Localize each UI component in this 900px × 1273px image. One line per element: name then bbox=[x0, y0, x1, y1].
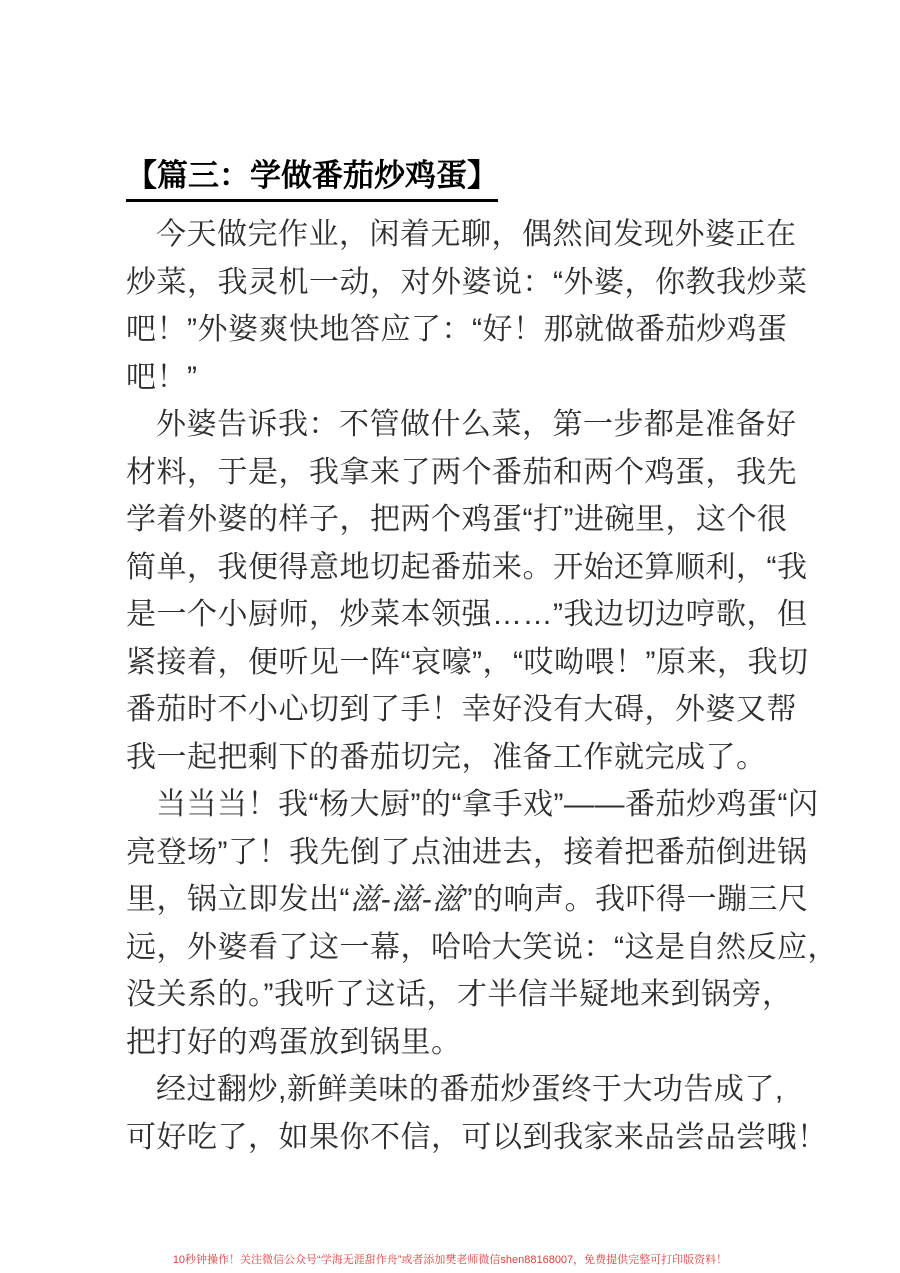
line-segment: ”的响声。我吓得一蹦三尺 bbox=[462, 883, 808, 916]
essay-line: 我一起把剩下的番茄切完，准备工作就完成了。 bbox=[126, 734, 782, 782]
essay-line: 今天做完作业，闲着无聊，偶然间发现外婆正在 bbox=[126, 211, 782, 259]
essay-line: 学着外婆的样子，把两个鸡蛋“打”进碗里，这个很 bbox=[126, 496, 782, 544]
essay-line: 外婆告诉我：不管做什么菜，第一步都是准备好 bbox=[126, 401, 782, 449]
essay-line: 是一个小厨师，炒菜本领强……”我边切边哼歌，但 bbox=[126, 591, 782, 639]
footer-note: 10秒钟操作！关注微信公众号“学海无涯甜作舟”或者添加樊老师微信shen8816… bbox=[0, 1253, 900, 1267]
essay-line: 紧接着，便听见一阵“哀嚎”，“哎呦喂！”原来，我切 bbox=[126, 639, 782, 687]
essay-line: 番茄时不小心切到了手！幸好没有大碍，外婆又帮 bbox=[126, 686, 782, 734]
essay-line: 可好吃了，如果你不信，可以到我家来品尝品尝哦！ bbox=[126, 1114, 782, 1162]
essay-line: 经过翻炒,新鲜美味的番茄炒蛋终于大功告成了, bbox=[126, 1066, 782, 1114]
paragraph-2: 外婆告诉我：不管做什么菜，第一步都是准备好 材料，于是，我拿来了两个番茄和两个鸡… bbox=[126, 401, 782, 781]
essay-line: 炒菜，我灵机一动，对外婆说：“外婆，你教我炒菜 bbox=[126, 259, 782, 307]
essay-title: 【篇三：学做番茄炒鸡蛋】 bbox=[126, 158, 498, 202]
essay-line: 材料，于是，我拿来了两个番茄和两个鸡蛋，我先 bbox=[126, 449, 782, 497]
essay-line: 当当当！我“杨大厨”的“拿手戏”——番茄炒鸡蛋“闪 bbox=[126, 781, 782, 829]
essay-page: 【篇三：学做番茄炒鸡蛋】 今天做完作业，闲着无聊，偶然间发现外婆正在 炒菜，我灵… bbox=[0, 0, 900, 1273]
essay-line-with-onomatopoeia: 里，锅立即发出“滋-滋-滋”的响声。我吓得一蹦三尺 bbox=[126, 876, 782, 924]
essay-line: 没关系的。”我听了这话，才半信半疑地来到锅旁， bbox=[126, 971, 782, 1019]
essay-line: 吧！” bbox=[126, 354, 782, 402]
essay-line: 吧！”外婆爽快地答应了：“好！那就做番茄炒鸡蛋 bbox=[126, 306, 782, 354]
essay-line: 远，外婆看了这一幕，哈哈大笑说：“这是自然反应， bbox=[126, 924, 782, 972]
essay-content: 【篇三：学做番茄炒鸡蛋】 今天做完作业，闲着无聊，偶然间发现外婆正在 炒菜，我灵… bbox=[126, 158, 782, 1161]
paragraph-4: 经过翻炒,新鲜美味的番茄炒蛋终于大功告成了, 可好吃了，如果你不信，可以到我家来… bbox=[126, 1066, 782, 1161]
essay-line: 把打好的鸡蛋放到锅里。 bbox=[126, 1019, 782, 1067]
line-segment: 里，锅立即发出“ bbox=[126, 883, 350, 916]
essay-line: 亮登场”了！我先倒了点油进去，接着把番茄倒进锅 bbox=[126, 829, 782, 877]
onomatopoeia-italic: 滋-滋-滋 bbox=[350, 883, 462, 916]
paragraph-1: 今天做完作业，闲着无聊，偶然间发现外婆正在 炒菜，我灵机一动，对外婆说：“外婆，… bbox=[126, 211, 782, 401]
paragraph-3: 当当当！我“杨大厨”的“拿手戏”——番茄炒鸡蛋“闪 亮登场”了！我先倒了点油进去… bbox=[126, 781, 782, 1066]
essay-line: 简单，我便得意地切起番茄来。开始还算顺利，“我 bbox=[126, 544, 782, 592]
